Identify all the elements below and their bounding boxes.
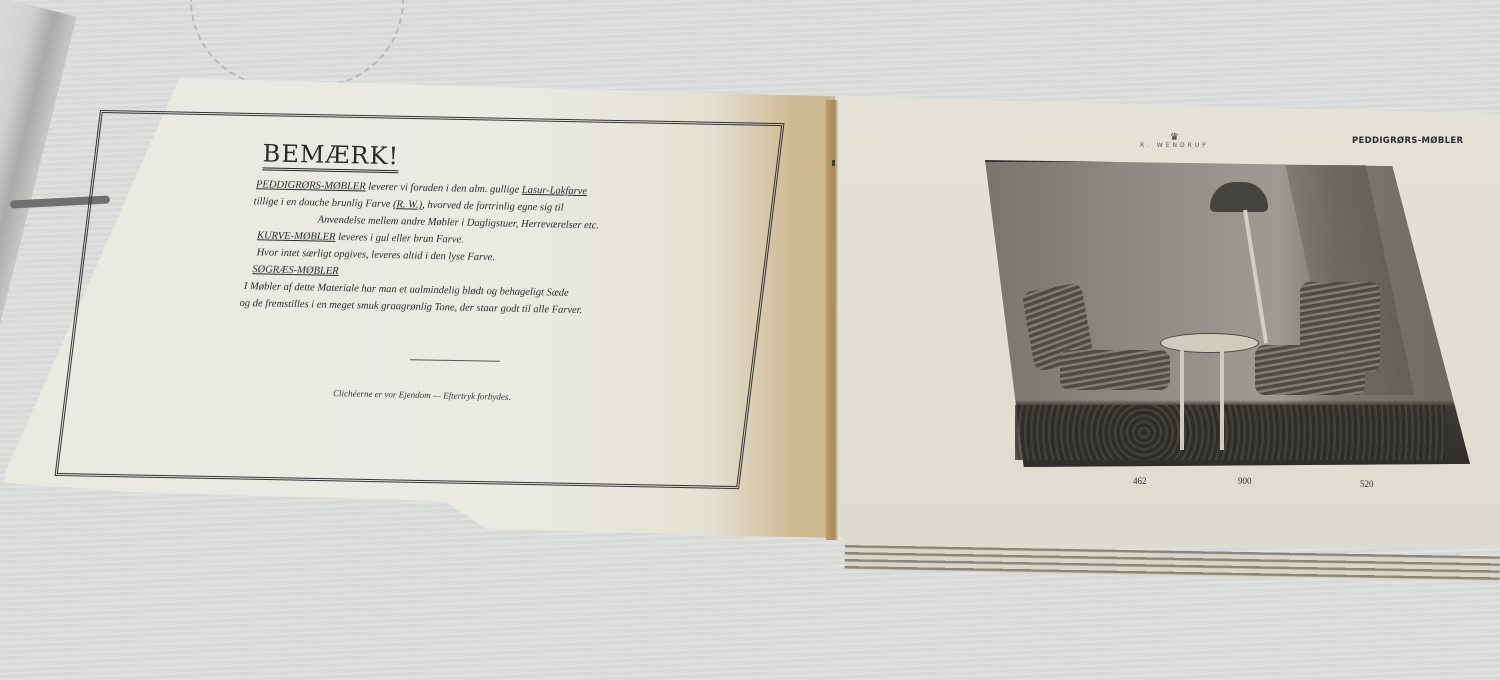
item-number-rocker: 462	[1133, 476, 1147, 486]
peddigrors-heading: PEDDIGRØRS-MØBLER	[256, 179, 366, 192]
wicker-table-leg	[1180, 350, 1184, 450]
publisher-name: R. WENDRUP	[1140, 142, 1209, 149]
armchair-seat	[1255, 345, 1365, 395]
section-title: PEDDIGRØRS-MØBLER	[1352, 136, 1463, 146]
kurve-heading: KURVE-MØBLER	[257, 230, 336, 243]
item-number-table: 900	[1238, 476, 1252, 486]
item-number-armchair: 520	[1360, 479, 1374, 489]
sograes-heading: SØGRÆS-MØBLER	[252, 264, 339, 277]
table-stain-ring	[190, 0, 404, 87]
page-stack-edges	[845, 545, 1500, 581]
publisher-mark: ♛ R. WENDRUP	[1140, 134, 1209, 149]
staple-top	[832, 160, 835, 166]
rocking-chair-seat	[1060, 350, 1170, 390]
notice-block: BEMÆRK! PEDDIGRØRS-MØBLER leverer vi for…	[241, 140, 705, 322]
table-plank-edge	[0, 0, 77, 337]
crown-icon: ♛	[1140, 134, 1209, 142]
notice-title: BEMÆRK!	[262, 140, 399, 173]
photo-rug	[1015, 405, 1445, 460]
wicker-table-top	[1160, 333, 1259, 353]
wicker-table-leg	[1220, 350, 1224, 450]
